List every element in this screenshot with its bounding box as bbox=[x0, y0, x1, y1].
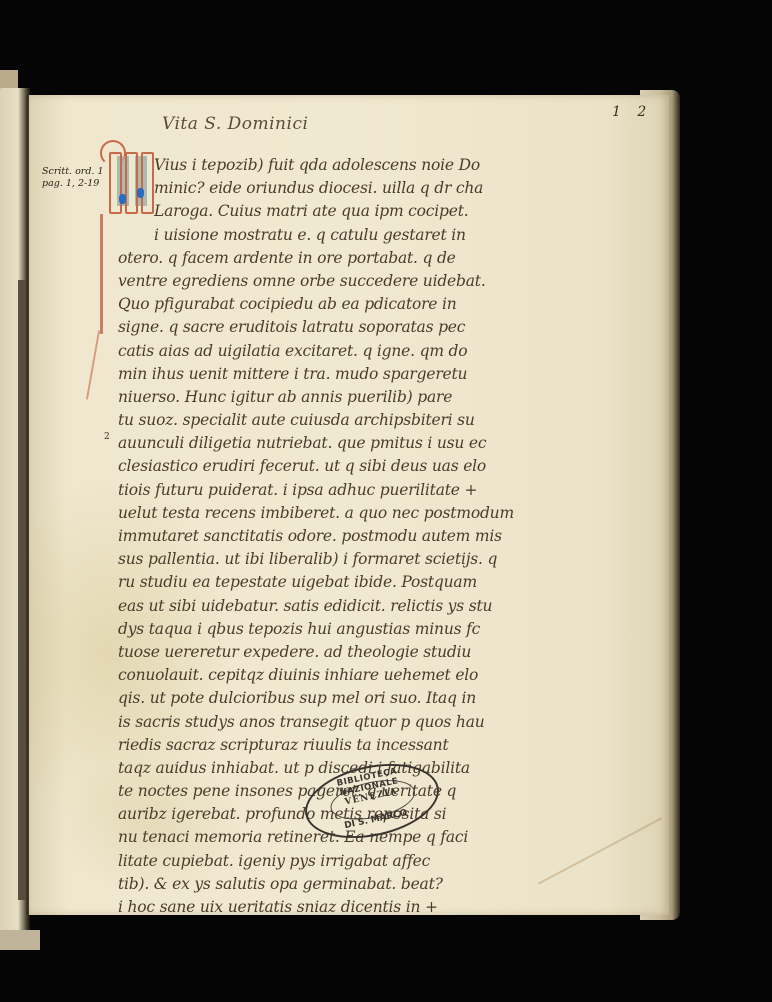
text-line: i uisione mostratu e. q catulu gestaret … bbox=[118, 224, 558, 247]
margin-number: 2 bbox=[104, 432, 110, 442]
running-title: Vita S. Dominici bbox=[162, 114, 308, 134]
text-line: tu suoz. specialit aute cuiusda archipsb… bbox=[118, 409, 558, 432]
text-line: riedis sacraz scripturaz riuulis ta ince… bbox=[118, 734, 558, 757]
text-line: uelut testa recens imbiberet. a quo nec … bbox=[118, 502, 558, 525]
red-marginal-flourish bbox=[100, 214, 103, 334]
text-line: qis. ut pote dulcioribus sup mel ori suo… bbox=[118, 687, 558, 710]
text-line: dys taqua i qbus tepozis hui angustias m… bbox=[118, 618, 558, 641]
shelfmark-note: Scritt. ord. 1 pag. 1, 2-19 bbox=[42, 166, 104, 190]
text-line: ventre egrediens omne orbe succedere uid… bbox=[118, 270, 558, 293]
text-line: eas ut sibi uidebatur. satis edidicit. r… bbox=[118, 595, 558, 618]
text-line: catis aias ad uigilatia excitaret. q ign… bbox=[118, 340, 558, 363]
text-line: signe. q sacre eruditois latratu soporat… bbox=[118, 316, 558, 339]
text-line: ru studiu ea tepestate uigebat ibide. Po… bbox=[118, 571, 558, 594]
text-line: minic? eide oriundus diocesi. uilla q dr… bbox=[118, 177, 558, 200]
text-line: tiois futuru puiderat. i ipsa adhuc puer… bbox=[118, 479, 558, 502]
folio-number: 1 2 bbox=[612, 104, 652, 120]
text-line: conuolauit. cepitqz diuinis inhiare uehe… bbox=[118, 664, 558, 687]
text-line: niuerso. Hunc igitur ab annis puerilib) … bbox=[118, 386, 558, 409]
gutter-shadow bbox=[18, 280, 26, 900]
text-line: otero. q facem ardente in ore portabat. … bbox=[118, 247, 558, 270]
shelfmark-line-1: Scritt. ord. 1 bbox=[42, 166, 104, 178]
text-line: Quo pfigurabat cocipiedu ab ea pdicatore… bbox=[118, 293, 558, 316]
text-line: i hoc sane uix ueritatis sniaz dicentis … bbox=[118, 896, 558, 919]
text-line: sus pallentia. ut ibi liberalib) i forma… bbox=[118, 548, 558, 571]
facing-leaf-corner bbox=[0, 930, 40, 950]
text-line: tib). & ex ys salutis opa germinabat. be… bbox=[118, 873, 558, 896]
text-line: clesiastico erudiri fecerut. ut q sibi d… bbox=[118, 455, 558, 478]
text-line: is sacris studys anos transegit qtuor p … bbox=[118, 711, 558, 734]
text-line: immutaret sanctitatis odore. postmodu au… bbox=[118, 525, 558, 548]
text-line: tuose uereretur expedere. ad theologie s… bbox=[118, 641, 558, 664]
text-line: Laroga. Cuius matri ate qua ipm cocipet. bbox=[118, 200, 558, 223]
text-line: Vius i tepozib) fuit qda adolescens noie… bbox=[118, 154, 558, 177]
text-line: auunculi diligetia nutriebat. que pmitus… bbox=[118, 432, 558, 455]
text-line: min ihus uenit mittere i tra. mudo sparg… bbox=[118, 363, 558, 386]
text-line: litate cupiebat. igeniy pys irrigabat af… bbox=[118, 850, 558, 873]
shelfmark-line-2: pag. 1, 2-19 bbox=[42, 178, 104, 190]
